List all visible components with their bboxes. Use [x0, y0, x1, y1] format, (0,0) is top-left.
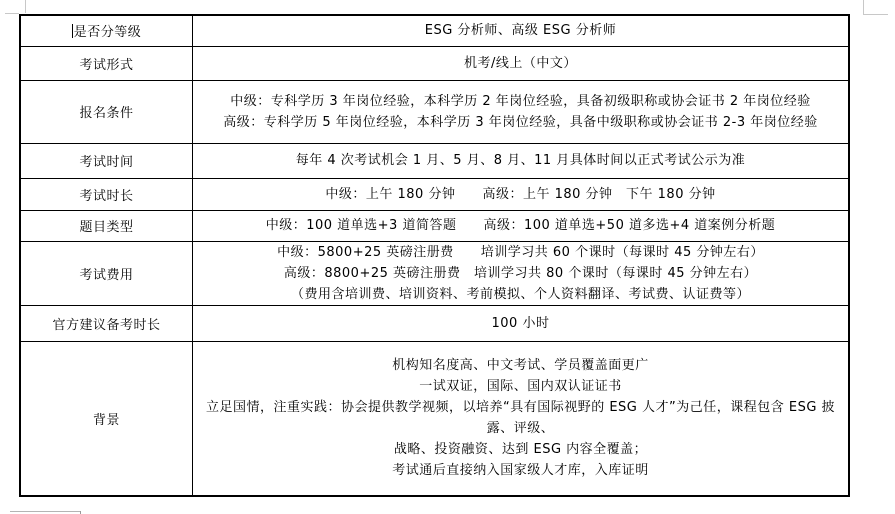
- row-value-background[interactable]: 机构知名度高、中文考试、学员覆盖面更广 一试双证，国际、国内双认证证书 立足国情…: [193, 341, 850, 496]
- row-label-exam-duration[interactable]: 考试时长: [20, 178, 193, 210]
- row-value-exam-duration[interactable]: 中级：上午 180 分钟 高级：上午 180 分钟 下午 180 分钟: [193, 178, 850, 210]
- table-row-grade-levels: 是否分等级 ESG 分析师、高级 ESG 分析师: [20, 15, 849, 46]
- row-label-background[interactable]: 背景: [20, 341, 193, 496]
- text-boundary-mark-top-left-v: [25, 0, 26, 13]
- text-boundary-mark-bottom-left-h: [10, 511, 81, 512]
- document-page: 是否分等级 ESG 分析师、高级 ESG 分析师 考试形式 机考/线上（中文） …: [0, 0, 895, 514]
- row-label-recommended-prep-time[interactable]: 官方建议备考时长: [20, 305, 193, 341]
- row-label-exam-schedule[interactable]: 考试时间: [20, 143, 193, 178]
- row-value-exam-format[interactable]: 机考/线上（中文）: [193, 46, 850, 80]
- cell-line: 中级：专科学历 3 年岗位经验，本科学历 2 年岗位经验，具备初级职称或协会证书…: [197, 91, 844, 112]
- table-row-exam-duration: 考试时长 中级：上午 180 分钟 高级：上午 180 分钟 下午 180 分钟: [20, 178, 849, 210]
- cell-line: 高级：8800+25 英磅注册费 培训学习共 80 个课时（每课时 45 分钟左…: [197, 263, 844, 284]
- row-label-text: 考试时间: [79, 155, 133, 170]
- row-label-text: 背景: [93, 413, 120, 428]
- table-row-background: 背景 机构知名度高、中文考试、学员覆盖面更广 一试双证，国际、国内双认证证书 立…: [20, 341, 849, 496]
- cell-line: 考试通后直接纳入国家级人才库，入库证明: [197, 460, 844, 481]
- table-row-registration-requirements: 报名条件 中级：专科学历 3 年岗位经验，本科学历 2 年岗位经验，具备初级职称…: [20, 80, 849, 143]
- cell-line: 高级：专科学历 5 年岗位经验，本科学历 3 年岗位经验，具备中级职称或协会证书…: [197, 112, 844, 133]
- row-label-text: 官方建议备考时长: [52, 318, 160, 333]
- table-row-recommended-prep-time: 官方建议备考时长 100 小时: [20, 305, 849, 341]
- esg-certification-table: 是否分等级 ESG 分析师、高级 ESG 分析师 考试形式 机考/线上（中文） …: [19, 14, 850, 497]
- text-boundary-mark-top-right-v: [863, 0, 864, 14]
- cell-line: 100 小时: [197, 313, 844, 334]
- row-label-text: 考试费用: [79, 268, 133, 283]
- text-cursor: [72, 24, 73, 38]
- cell-line: ESG 分析师、高级 ESG 分析师: [197, 20, 844, 41]
- cell-line: 机考/线上（中文）: [197, 53, 844, 74]
- table-row-exam-fees: 考试费用 中级：5800+25 英磅注册费 培训学习共 60 个课时（每课时 4…: [20, 241, 849, 305]
- row-value-recommended-prep-time[interactable]: 100 小时: [193, 305, 850, 341]
- row-label-question-types[interactable]: 题目类型: [20, 210, 193, 241]
- row-value-exam-fees[interactable]: 中级：5800+25 英磅注册费 培训学习共 60 个课时（每课时 45 分钟左…: [193, 241, 850, 305]
- cell-line: 一试双证，国际、国内双认证证书: [197, 376, 844, 397]
- row-label-text: 报名条件: [79, 106, 133, 121]
- row-value-registration-requirements[interactable]: 中级：专科学历 3 年岗位经验，本科学历 2 年岗位经验，具备初级职称或协会证书…: [193, 80, 850, 143]
- row-value-exam-schedule[interactable]: 每年 4 次考试机会 1 月、5 月、8 月、11 月具体时间以正式考试公示为准: [193, 143, 850, 178]
- row-label-grade-levels[interactable]: 是否分等级: [20, 15, 193, 46]
- row-label-text: 题目类型: [79, 220, 133, 235]
- text-boundary-mark-top-right-h: [863, 14, 888, 15]
- row-label-text: 考试形式: [79, 58, 133, 73]
- table-row-question-types: 题目类型 中级：100 道单选+3 道简答题 高级：100 道单选+50 道多选…: [20, 210, 849, 241]
- row-label-text: 是否分等级: [74, 25, 142, 40]
- text-boundary-mark-top-left-h: [5, 13, 19, 14]
- cell-line: 立足国情，注重实践：协会提供教学视频，以培养“具有国际视野的 ESG 人才”为己…: [197, 397, 844, 439]
- row-label-text: 考试时长: [79, 189, 133, 204]
- cell-line: 中级：100 道单选+3 道简答题 高级：100 道单选+50 道多选+4 道案…: [197, 215, 844, 236]
- cell-line: （费用含培训费、培训资料、考前模拟、个人资料翻译、考试费、认证费等）: [197, 284, 844, 305]
- cell-line: 中级：5800+25 英磅注册费 培训学习共 60 个课时（每课时 45 分钟左…: [197, 242, 844, 263]
- row-label-exam-format[interactable]: 考试形式: [20, 46, 193, 80]
- table-row-exam-schedule: 考试时间 每年 4 次考试机会 1 月、5 月、8 月、11 月具体时间以正式考…: [20, 143, 849, 178]
- row-label-exam-fees[interactable]: 考试费用: [20, 241, 193, 305]
- row-value-question-types[interactable]: 中级：100 道单选+3 道简答题 高级：100 道单选+50 道多选+4 道案…: [193, 210, 850, 241]
- row-label-registration-requirements[interactable]: 报名条件: [20, 80, 193, 143]
- row-value-grade-levels[interactable]: ESG 分析师、高级 ESG 分析师: [193, 15, 850, 46]
- cell-line: 机构知名度高、中文考试、学员覆盖面更广: [197, 355, 844, 376]
- cell-line: 每年 4 次考试机会 1 月、5 月、8 月、11 月具体时间以正式考试公示为准: [197, 150, 844, 171]
- table-row-exam-format: 考试形式 机考/线上（中文）: [20, 46, 849, 80]
- cell-line: 战略、投资融资、达到 ESG 内容全覆盖；: [197, 439, 844, 460]
- cell-line: 中级：上午 180 分钟 高级：上午 180 分钟 下午 180 分钟: [197, 184, 844, 205]
